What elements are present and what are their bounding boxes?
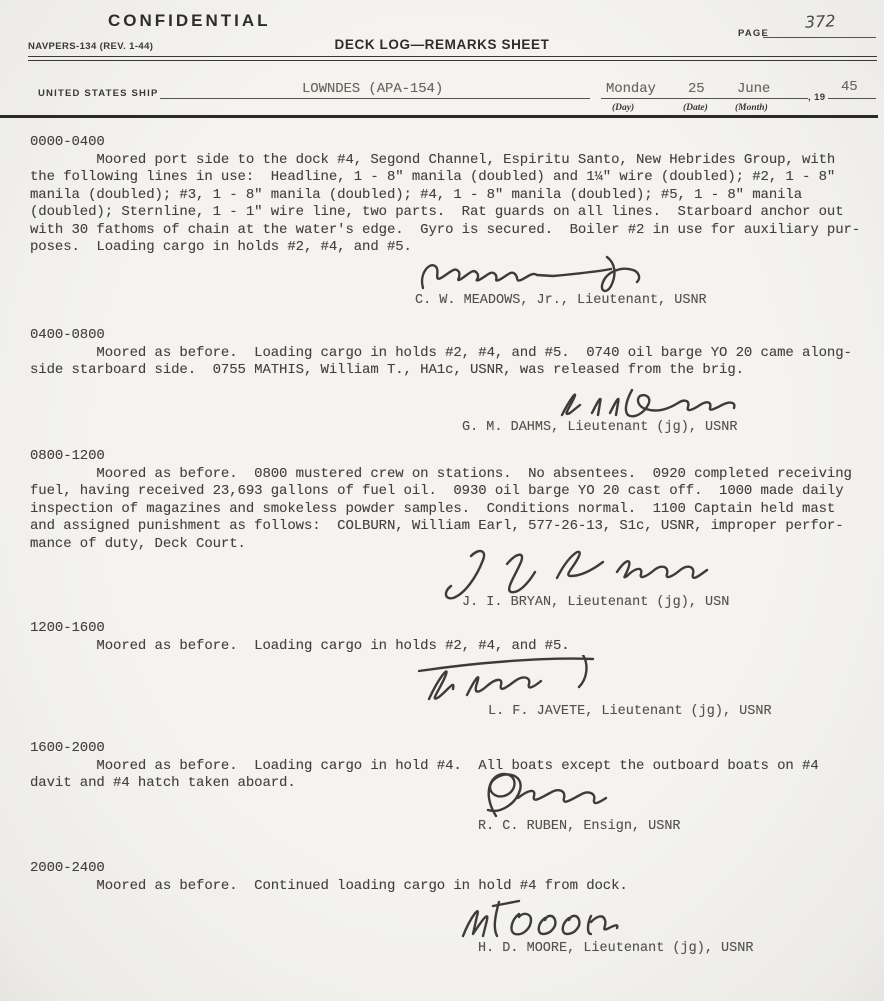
signature-block: L. F. JAVETE, Lieutenant (jg), USNR <box>488 655 772 719</box>
signature-name: H. D. MOORE, Lieutenant (jg), USNR <box>478 941 753 956</box>
header-double-rule <box>28 56 877 61</box>
log-entry-0800-1200: 0800-1200 Moored as before. 0800 mustere… <box>30 448 880 553</box>
signature-block: G. M. DAHMS, Lieutenant (jg), USNR <box>462 383 852 435</box>
form-title: DECK LOG—REMARKS SHEET <box>0 37 884 52</box>
entry-line: with 30 fathoms of chain at the water's … <box>30 222 880 240</box>
date-value: 25 <box>688 81 705 99</box>
log-entry-0000-0400: 0000-0400 Moored port side to the dock #… <box>30 134 880 257</box>
entry-line: Moored as before. 0800 mustered crew on … <box>30 466 880 484</box>
entry-line: (doubled); Sternline, 1 - 1" wire line, … <box>30 204 880 222</box>
log-entry-2000-2400: 2000-2400 Moored as before. Continued lo… <box>30 860 880 895</box>
signature-name: G. M. DAHMS, Lieutenant (jg), USNR <box>462 420 852 435</box>
entry-line: inspection of magazines and smokeless po… <box>30 501 880 519</box>
signature-name: R. C. RUBEN, Ensign, USNR <box>478 819 681 834</box>
signature-block: R. C. RUBEN, Ensign, USNR <box>478 768 681 834</box>
classification-stamp: CONFIDENTIAL <box>108 11 271 31</box>
deck-log-remarks-sheet: CONFIDENTIAL PAGE 372 NAVPERS-134 (REV. … <box>0 0 884 1001</box>
entry-time: 1600-2000 <box>30 740 880 758</box>
entry-time: 0800-1200 <box>30 448 880 466</box>
day-value: Monday <box>606 81 656 99</box>
log-entry-1200-1600: 1200-1600 Moored as before. Loading carg… <box>30 620 880 655</box>
entry-line: side starboard side. 0755 MATHIS, Willia… <box>30 362 880 380</box>
ship-name: LOWNDES (APA-154) <box>302 81 443 99</box>
year-value: 45 <box>841 79 858 97</box>
date-caption: (Date) <box>683 103 708 113</box>
month-caption: (Month) <box>735 103 768 113</box>
signature-name: C. W. MEADOWS, Jr., Lieutenant, USNR <box>415 293 707 308</box>
entry-line: Moored as before. Loading cargo in holds… <box>30 638 880 656</box>
log-entry-0400-0800: 0400-0800 Moored as before. Loading carg… <box>30 327 880 380</box>
year-underline <box>828 98 876 99</box>
signature-name: L. F. JAVETE, Lieutenant (jg), USNR <box>488 704 772 719</box>
signature-block: C. W. MEADOWS, Jr., Lieutenant, USNR <box>415 254 707 308</box>
signature-scrawl <box>415 254 665 296</box>
signature-block: H. D. MOORE, Lieutenant (jg), USNR <box>478 898 753 956</box>
entry-line: Moored port side to the dock #4, Segond … <box>30 152 880 170</box>
signature-scrawl <box>552 383 852 421</box>
entry-line: Moored as before. Loading cargo in holds… <box>30 345 880 363</box>
entry-time: 0000-0400 <box>30 134 880 152</box>
entry-time: 0400-0800 <box>30 327 880 345</box>
signature-block: J. I. BRYAN, Lieutenant (jg), USN <box>462 546 729 610</box>
entry-time: 2000-2400 <box>30 860 880 878</box>
entry-line: and assigned punishment as follows: COLB… <box>30 518 880 536</box>
entry-line: manila (doubled); #3, 1 - 8" manila (dou… <box>30 187 880 205</box>
ship-label: UNITED STATES SHIP <box>38 88 158 99</box>
signature-scrawl <box>437 546 727 602</box>
signature-scrawl <box>448 768 628 820</box>
signature-scrawl <box>413 655 643 707</box>
month-value: June <box>737 81 770 99</box>
day-caption: (Day) <box>612 103 634 113</box>
year-prefix: , 19 <box>808 92 825 103</box>
entry-line: fuel, having received 23,693 gallons of … <box>30 483 880 501</box>
section-rule <box>0 115 878 118</box>
entry-line: the following lines in use: Headline, 1 … <box>30 169 880 187</box>
entry-time: 1200-1600 <box>30 620 880 638</box>
page-number: 372 <box>805 11 836 32</box>
signature-scrawl <box>453 898 643 944</box>
entry-line: Moored as before. Continued loading carg… <box>30 878 880 896</box>
signature-name: J. I. BRYAN, Lieutenant (jg), USN <box>462 595 729 610</box>
